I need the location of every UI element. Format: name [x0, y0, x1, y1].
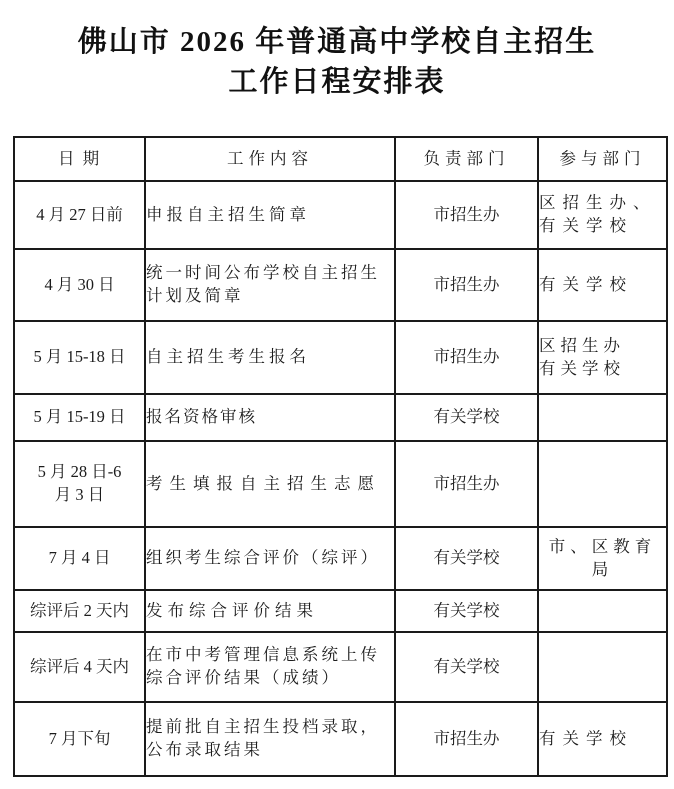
cell-participants: 有关学校	[538, 702, 667, 776]
cell-participants	[538, 632, 667, 702]
cell-responsible: 有关学校	[395, 632, 538, 702]
cell-responsible: 有关学校	[395, 527, 538, 590]
cell-task: 统一时间公布学校自主招生 计划及简章	[145, 249, 395, 321]
cell-date: 4 月 27 日前	[14, 181, 145, 249]
cell-date: 5 月 15-18 日	[14, 321, 145, 394]
cell-responsible: 市招生办	[395, 702, 538, 776]
cell-responsible: 市招生办	[395, 181, 538, 249]
cell-task: 自主招生考生报名	[145, 321, 395, 394]
cell-responsible: 有关学校	[395, 590, 538, 632]
table-row: 4 月 30 日 统一时间公布学校自主招生 计划及简章 市招生办 有关学校	[14, 249, 667, 321]
cell-participants	[538, 590, 667, 632]
cell-participants: 区招生办、 有关学校	[538, 181, 667, 249]
cell-responsible: 市招生办	[395, 249, 538, 321]
cell-date: 7 月 4 日	[14, 527, 145, 590]
table-row: 5 月 15-18 日 自主招生考生报名 市招生办 区招生办 有关学校	[14, 321, 667, 394]
cell-task: 在市中考管理信息系统上传 综合评价结果（成绩）	[145, 632, 395, 702]
cell-participants: 市、区教育 局	[538, 527, 667, 590]
header-date: 日 期	[14, 137, 145, 181]
cell-responsible: 市招生办	[395, 321, 538, 394]
table-row: 5 月 28 日-6 月 3 日 考生填报自主招生志愿 市招生办	[14, 441, 667, 527]
cell-date: 5 月 15-19 日	[14, 394, 145, 441]
header-task: 工作内容	[145, 137, 395, 181]
header-participants: 参与部门	[538, 137, 667, 181]
cell-date: 7 月下旬	[14, 702, 145, 776]
cell-date: 5 月 28 日-6 月 3 日	[14, 441, 145, 527]
header-row: 日 期 工作内容 负责部门 参与部门	[14, 137, 667, 181]
cell-task: 考生填报自主招生志愿	[145, 441, 395, 527]
document-page: 佛山市 2026 年普通高中学校自主招生 工作日程安排表 日 期 工作内容 负责…	[0, 0, 674, 789]
table-row: 综评后 4 天内 在市中考管理信息系统上传 综合评价结果（成绩） 有关学校	[14, 632, 667, 702]
table-row: 7 月 4 日 组织考生综合评价（综评） 有关学校 市、区教育 局	[14, 527, 667, 590]
cell-task: 发布综合评价结果	[145, 590, 395, 632]
document-title: 佛山市 2026 年普通高中学校自主招生 工作日程安排表	[0, 0, 674, 102]
cell-date: 4 月 30 日	[14, 249, 145, 321]
cell-task: 提前批自主招生投档录取， 公布录取结果	[145, 702, 395, 776]
cell-responsible: 市招生办	[395, 441, 538, 527]
cell-task: 报名资格审核	[145, 394, 395, 441]
cell-responsible: 有关学校	[395, 394, 538, 441]
cell-task: 组织考生综合评价（综评）	[145, 527, 395, 590]
header-responsible: 负责部门	[395, 137, 538, 181]
table-row: 4 月 27 日前 申报自主招生简章 市招生办 区招生办、 有关学校	[14, 181, 667, 249]
cell-participants: 有关学校	[538, 249, 667, 321]
cell-participants	[538, 441, 667, 527]
schedule-table: 日 期 工作内容 负责部门 参与部门 4 月 27 日前 申报自主招生简章 市招…	[13, 136, 668, 777]
table-row: 综评后 2 天内 发布综合评价结果 有关学校	[14, 590, 667, 632]
cell-date: 综评后 4 天内	[14, 632, 145, 702]
cell-date: 综评后 2 天内	[14, 590, 145, 632]
table-row: 5 月 15-19 日 报名资格审核 有关学校	[14, 394, 667, 441]
cell-task: 申报自主招生简章	[145, 181, 395, 249]
cell-participants: 区招生办 有关学校	[538, 321, 667, 394]
cell-participants	[538, 394, 667, 441]
table-row: 7 月下旬 提前批自主招生投档录取， 公布录取结果 市招生办 有关学校	[14, 702, 667, 776]
